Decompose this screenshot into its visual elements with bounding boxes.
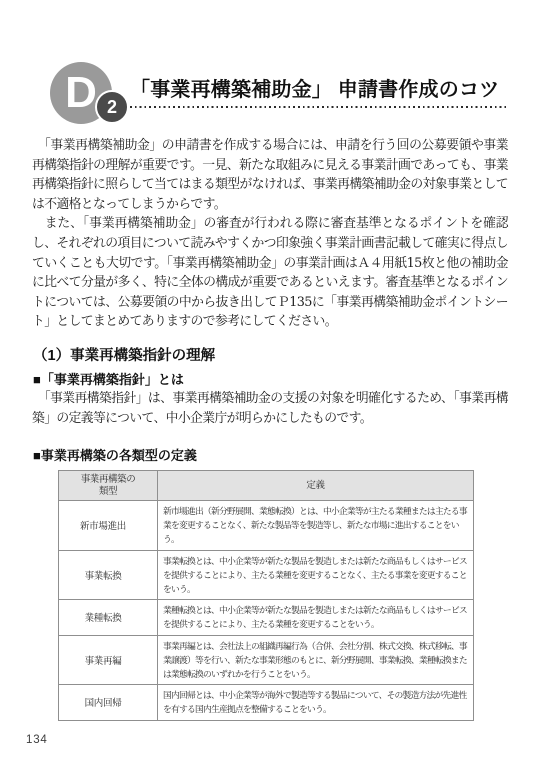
section-heading: （1）事業再構築指針の理解 bbox=[33, 344, 215, 365]
table-heading: ■事業再構築の各類型の定義 bbox=[33, 445, 197, 464]
table-row: 業種転換 業種転換とは、中小企業等が新たな製品を製造しまたは新たな商品もしくはサ… bbox=[59, 600, 474, 635]
intro-paragraph-1: 「事業再構築補助金」の申請書を作成する場合には、申請を行う回の公募要領や事業再構… bbox=[32, 136, 508, 214]
column-header-type-label: 事業再構築の類型 bbox=[79, 474, 137, 497]
page-title: 「事業再構築補助金」 申請書作成のコツ bbox=[130, 73, 499, 102]
table-row: 事業転換 事業転換とは、中小企業等が新たな製品を製造しまたは新たな商品もしくはサ… bbox=[59, 550, 474, 600]
section-number-badge: 2 bbox=[95, 90, 129, 124]
section-letter: D bbox=[65, 68, 97, 118]
column-header-type: 事業再構築の類型 bbox=[59, 471, 158, 501]
definition-table-head: 事業再構築の類型 定義 bbox=[59, 471, 474, 501]
row-type-cell: 新市場進出 bbox=[59, 501, 158, 551]
row-definition-cell: 業種転換とは、中小企業等が新たな製品を製造しまたは新たな商品もしくはサービスを提… bbox=[158, 600, 474, 635]
definition-table-body: 新市場進出 新市場進出（新分野展開、業態転換）とは、中小企業等が主たる業種または… bbox=[59, 501, 474, 721]
row-type-cell: 事業転換 bbox=[59, 550, 158, 600]
row-type-cell: 事業再編 bbox=[59, 635, 158, 685]
definition-table: 事業再構築の類型 定義 新市場進出 新市場進出（新分野展開、業態転換）とは、中小… bbox=[58, 470, 474, 721]
section-number: 2 bbox=[107, 97, 117, 118]
row-definition-cell: 事業再編とは、会社法上の組織再編行為（合併、会社分割、株式交換、株式移転、事業譲… bbox=[158, 635, 474, 685]
row-type-cell: 国内回帰 bbox=[59, 685, 158, 720]
header-row: 事業再構築の類型 定義 bbox=[59, 471, 474, 501]
intro-paragraph-2: また、「事業再構築補助金」の審査が行われる際に審査基準となるポイントを確認し、そ… bbox=[32, 214, 508, 332]
intro-paragraphs: 「事業再構築補助金」の申請書を作成する場合には、申請を行う回の公募要領や事業再構… bbox=[32, 136, 508, 332]
book-page: D 2 「事業再構築補助金」 申請書作成のコツ 「事業再構築補助金」の申請書を作… bbox=[0, 0, 536, 768]
row-type-cell: 業種転換 bbox=[59, 600, 158, 635]
section-body: 「事業再構築指針」は、事業再構築補助金の支援の対象を明確化するため、「事業再構築… bbox=[32, 389, 508, 428]
section-subheading: ■「事業再構築指針」とは bbox=[33, 369, 184, 388]
table-row: 新市場進出 新市場進出（新分野展開、業態転換）とは、中小企業等が主たる業種または… bbox=[59, 501, 474, 551]
column-header-definition: 定義 bbox=[158, 471, 474, 501]
row-definition-cell: 新市場進出（新分野展開、業態転換）とは、中小企業等が主たる業種または主たる事業を… bbox=[158, 501, 474, 551]
table-row: 事業再編 事業再編とは、会社法上の組織再編行為（合併、会社分割、株式交換、株式移… bbox=[59, 635, 474, 685]
row-definition-cell: 国内回帰とは、中小企業等が海外で製造等する製品について、その製造方法が先進性を有… bbox=[158, 685, 474, 720]
page-number: 134 bbox=[26, 734, 48, 746]
row-definition-cell: 事業転換とは、中小企業等が新たな製品を製造しまたは新たな商品もしくはサービスを提… bbox=[158, 550, 474, 600]
title-dotted-underline bbox=[130, 106, 508, 108]
table-row: 国内回帰 国内回帰とは、中小企業等が海外で製造等する製品について、その製造方法が… bbox=[59, 685, 474, 720]
